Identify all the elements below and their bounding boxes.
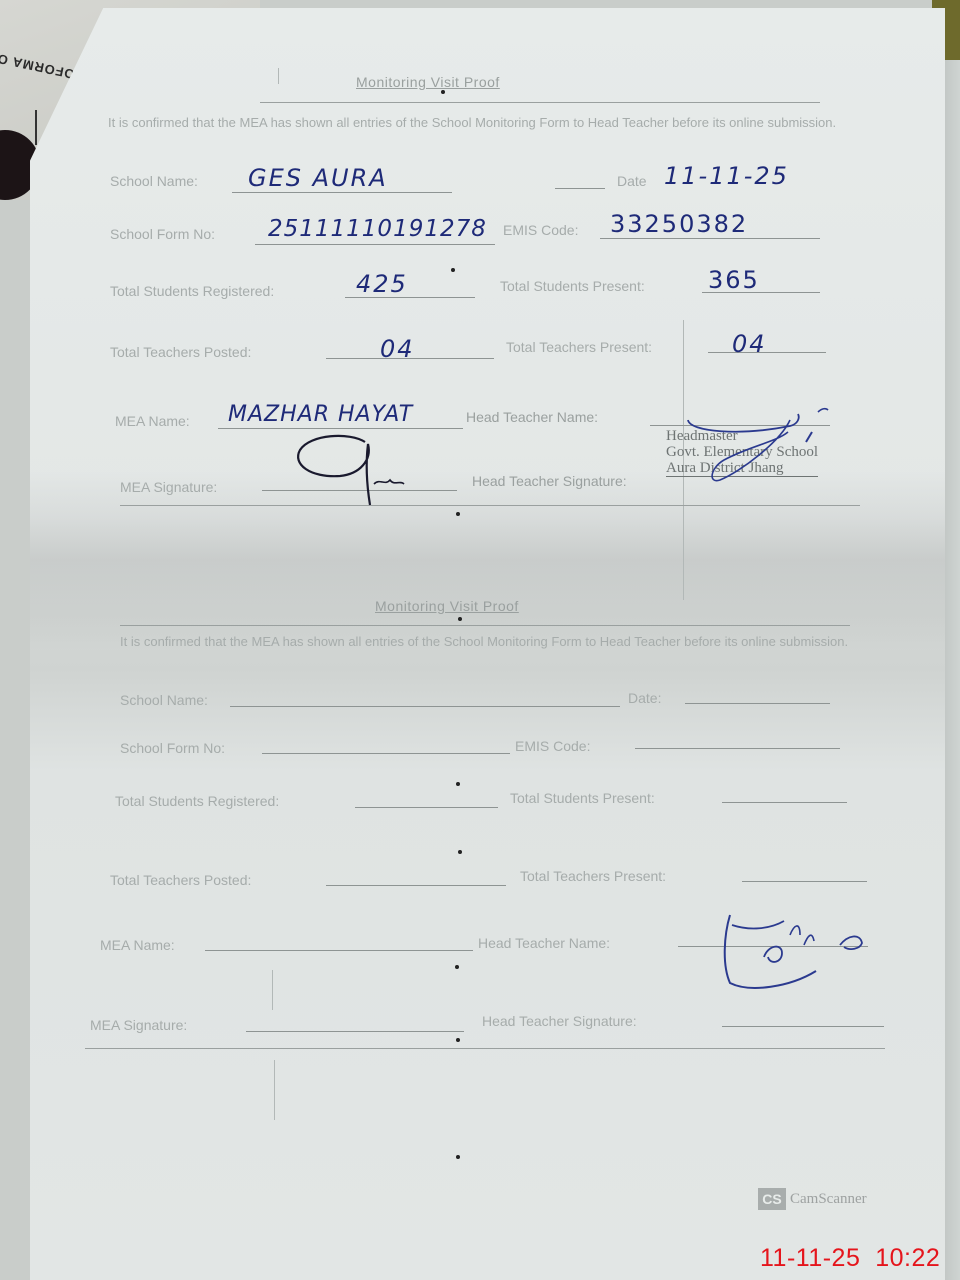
camscanner-watermark: CS CamScanner [758, 1188, 867, 1210]
camscanner-logo-icon: CS [758, 1188, 786, 1210]
total-teachers-posted-value: 04 [380, 335, 415, 363]
form-title: Monitoring Visit Proof [375, 598, 519, 614]
total-students-registered-label: Total Students Registered: [115, 793, 279, 809]
print-mark [272, 970, 273, 1010]
print-dot [456, 1155, 460, 1159]
mea-name-label: MEA Name: [100, 937, 175, 953]
date-value: 11-11-25 [664, 162, 789, 190]
total-teachers-posted-label: Total Teachers Posted: [110, 872, 251, 888]
head-teacher-signature-label: Head Teacher Signature: [482, 1013, 637, 1029]
school-form-no-label: School Form No: [110, 226, 215, 242]
school-name-line [232, 192, 452, 193]
mea-signature-label: MEA Signature: [120, 479, 217, 495]
date-line [685, 703, 830, 704]
form-title: Monitoring Visit Proof [356, 74, 500, 90]
print-dot [451, 268, 455, 272]
form-intro: It is confirmed that the MEA has shown a… [120, 632, 860, 652]
camscanner-text: CamScanner [790, 1191, 867, 1208]
school-name-line [230, 706, 620, 707]
print-dot [458, 850, 462, 854]
emis-code-line [600, 238, 820, 239]
emis-code-line [635, 748, 840, 749]
head-teacher-signature-ink [680, 402, 840, 492]
school-name-line-ext [555, 188, 605, 189]
total-students-present-line [722, 802, 847, 803]
total-students-present-label: Total Students Present: [500, 278, 645, 294]
school-form-no-label: School Form No: [120, 740, 225, 756]
mea-name-value: MAZHAR HAYAT [228, 402, 413, 427]
emis-code-label: EMIS Code: [515, 738, 590, 754]
mea-name-line [218, 428, 463, 429]
mea-signature-line [246, 1031, 464, 1032]
form-bottom-rule [120, 505, 860, 506]
head-teacher-signature-ink [720, 905, 880, 995]
print-dot [456, 782, 460, 786]
total-teachers-present-label: Total Teachers Present: [506, 339, 652, 355]
school-name-value: GES AURA [248, 164, 388, 192]
print-dot [458, 617, 462, 621]
head-teacher-signature-line [722, 1026, 884, 1027]
print-mark [278, 68, 279, 84]
total-students-registered-value: 425 [356, 270, 408, 298]
date-label: Date [617, 173, 647, 189]
paper-fold-shadow [30, 470, 945, 650]
form-bottom-rule [85, 1048, 885, 1049]
total-teachers-present-line [742, 881, 867, 882]
print-mark [274, 1060, 275, 1120]
underlying-sheet-mark [35, 110, 37, 145]
camera-timestamp: 11-11-25 10:22 [760, 1244, 940, 1273]
mea-name-line [205, 950, 473, 951]
date-label: Date: [628, 690, 661, 706]
mea-name-label: MEA Name: [115, 413, 190, 429]
print-dot [441, 90, 445, 94]
print-dot [456, 512, 460, 516]
head-teacher-name-label: Head Teacher Name: [478, 935, 610, 951]
head-teacher-signature-label: Head Teacher Signature: [472, 473, 627, 489]
mea-signature-ink [290, 430, 420, 510]
title-rule [120, 625, 850, 626]
total-teachers-present-value: 04 [732, 330, 767, 358]
total-students-present-value: 365 [708, 266, 760, 294]
school-form-no-line [255, 244, 495, 245]
head-teacher-name-label: Head Teacher Name: [466, 409, 598, 425]
school-form-no-value: 25111110191278 [268, 216, 487, 242]
emis-code-value: 33250382 [610, 210, 748, 238]
school-name-label: School Name: [120, 692, 208, 708]
title-rule [260, 102, 820, 103]
emis-code-label: EMIS Code: [503, 222, 578, 238]
total-students-present-label: Total Students Present: [510, 790, 655, 806]
school-form-no-line [262, 753, 510, 754]
total-students-registered-line [355, 807, 498, 808]
total-teachers-posted-line [326, 885, 506, 886]
school-name-label: School Name: [110, 173, 198, 189]
total-teachers-posted-label: Total Teachers Posted: [110, 344, 251, 360]
total-teachers-present-line [708, 352, 826, 353]
total-students-registered-label: Total Students Registered: [110, 283, 274, 299]
print-dot [455, 965, 459, 969]
form-intro: It is confirmed that the MEA has shown a… [108, 113, 848, 133]
mea-signature-label: MEA Signature: [90, 1017, 187, 1033]
print-dot [456, 1038, 460, 1042]
total-teachers-present-label: Total Teachers Present: [520, 868, 666, 884]
